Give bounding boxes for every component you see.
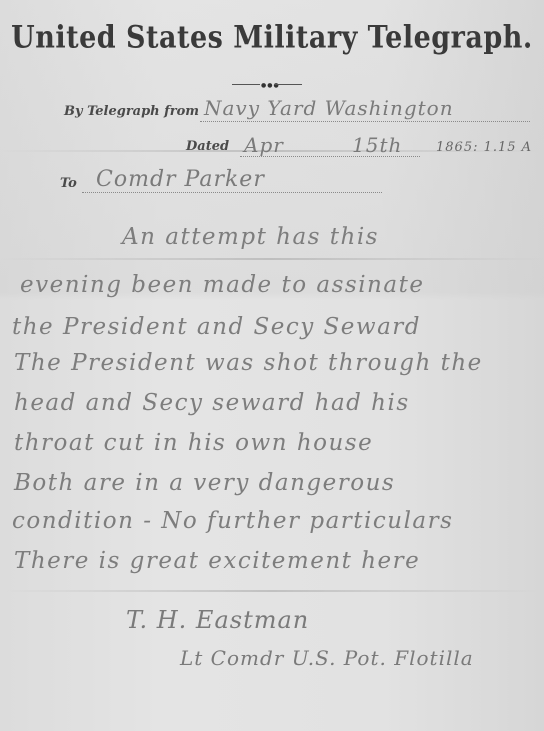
message-line: the President and Secy Seward bbox=[12, 314, 421, 340]
message-line: evening been made to assinate bbox=[20, 272, 424, 298]
masthead-title: United States Military Telegraph. bbox=[0, 20, 544, 56]
paper-fold bbox=[0, 258, 544, 260]
label-to: To bbox=[60, 176, 77, 191]
ornament-divider: ●●● bbox=[232, 82, 302, 88]
message-line: throat cut in his own house bbox=[14, 430, 373, 456]
to-field-line bbox=[82, 192, 382, 193]
to-field-value: Comdr Parker bbox=[96, 167, 265, 192]
message-line: head and Secy seward had his bbox=[14, 390, 410, 416]
signature-name: T. H. Eastman bbox=[126, 606, 309, 634]
message-line: condition - No further particulars bbox=[12, 508, 453, 534]
label-dated: Dated bbox=[186, 139, 229, 154]
label-from: By Telegraph from bbox=[64, 104, 199, 119]
dated-day-value: 15th bbox=[352, 133, 402, 157]
dated-year-time-value: 1865: 1.15 A bbox=[436, 140, 532, 155]
message-line: An attempt has this bbox=[122, 224, 379, 250]
paper-fold bbox=[0, 590, 544, 592]
signature-title: Lt Comdr U.S. Pot. Flotilla bbox=[180, 646, 474, 670]
message-line: Both are in a very dangerous bbox=[14, 470, 395, 496]
from-field-value: Navy Yard Washington bbox=[204, 96, 454, 120]
message-line: The President was shot through the bbox=[14, 350, 483, 376]
from-field-line bbox=[200, 121, 530, 122]
dated-month-value: Apr bbox=[244, 133, 284, 157]
message-line: There is great excitement here bbox=[14, 548, 420, 574]
